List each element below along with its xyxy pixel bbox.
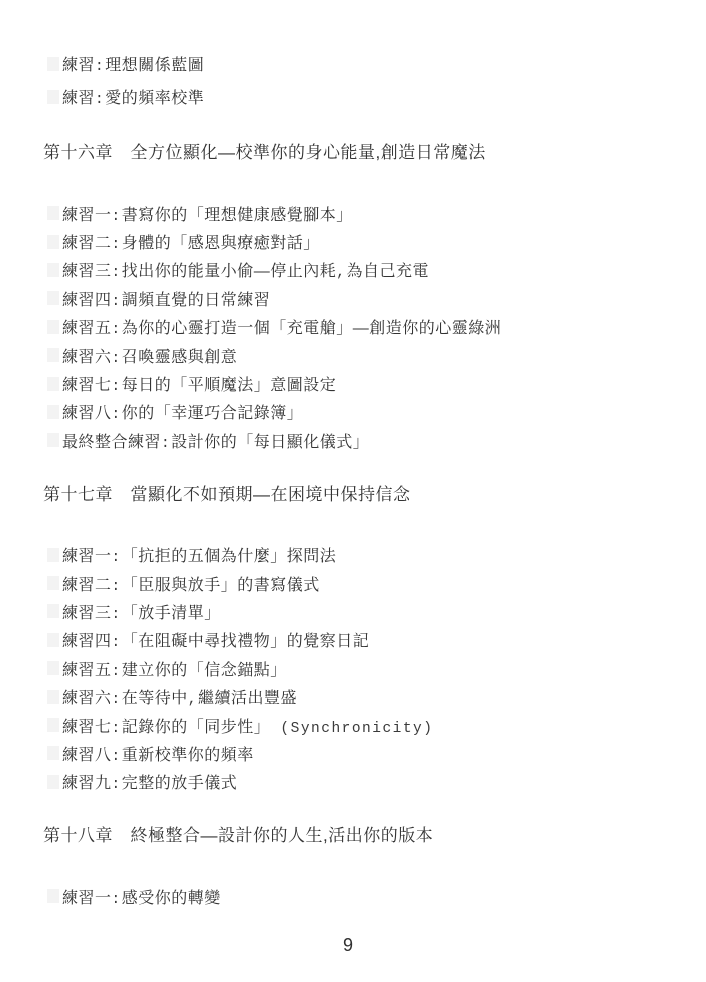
- chapter-heading: 第十七章 當顯化不如預期—在困境中保持信念: [43, 485, 706, 505]
- latin-annotation: :: [112, 777, 122, 793]
- toc-exercise-item: 練習五:建立你的「信念錨點」: [47, 654, 706, 682]
- page-number: 9: [0, 935, 696, 956]
- scan-artifact-mark: [47, 690, 59, 704]
- chapter-heading: 第十八章 終極整合—設計你的人生,活出你的版本: [43, 826, 706, 846]
- scan-artifact-mark: [47, 889, 59, 903]
- latin-annotation: :: [112, 407, 122, 423]
- scan-artifact-mark: [47, 263, 59, 277]
- toc-section: 練習:理想關係藍圖 練習:愛的頻率校準: [0, 47, 706, 113]
- scan-artifact-mark: [47, 604, 59, 618]
- exercise-label: 練習四:「在阻礙中尋找禮物」的覺察日記: [62, 628, 369, 651]
- latin-annotation: :: [112, 749, 122, 765]
- scan-artifact-mark: [47, 548, 59, 562]
- toc-exercise-item: 練習七:記錄你的「同步性」 (Synchronicity): [47, 711, 706, 739]
- toc-exercise-item: 練習四:調頻直覺的日常練習: [47, 284, 706, 312]
- toc-content: 練習:理想關係藍圖 練習:愛的頻率校準 第十六章 全方位顯化—校準你的身心能量,…: [0, 47, 706, 910]
- exercise-label: 練習三:找出你的能量小偷—停止內耗,為自己充電: [62, 258, 429, 281]
- exercise-label: 練習五:建立你的「信念錨點」: [62, 657, 287, 680]
- scan-artifact-mark: [47, 405, 59, 419]
- exercise-list: 練習一:書寫你的「理想健康感覺腳本」 練習二:身體的「感恩與療癒對話」 練習三:…: [0, 199, 706, 455]
- toc-section: 第十七章 當顯化不如預期—在困境中保持信念 練習一:「抗拒的五個為什麼」探問法 …: [0, 485, 706, 797]
- toc-exercise-item: 練習九:完整的放手儀式: [47, 768, 706, 796]
- latin-annotation: :: [112, 209, 122, 225]
- latin-annotation: :: [112, 892, 122, 908]
- exercise-label: 練習八:你的「幸運巧合記錄簿」: [62, 400, 303, 423]
- latin-annotation: :: [112, 294, 122, 310]
- scan-artifact-mark: [47, 576, 59, 590]
- scan-artifact-mark: [47, 775, 59, 789]
- latin-annotation: ,: [188, 692, 198, 708]
- toc-exercise-item: 練習一:感受你的轉變: [47, 882, 706, 910]
- exercise-label: 練習六:召喚靈感與創意: [62, 344, 237, 367]
- latin-annotation: :: [112, 607, 122, 623]
- exercise-label: 練習八:重新校準你的頻率: [62, 742, 254, 765]
- latin-annotation: :: [95, 92, 105, 108]
- toc-exercise-item: 練習四:「在阻礙中尋找禮物」的覺察日記: [47, 626, 706, 654]
- toc-exercise-item: 練習七:每日的「平順魔法」意圖設定: [47, 369, 706, 397]
- toc-exercise-item: 練習一:書寫你的「理想健康感覺腳本」: [47, 199, 706, 227]
- exercise-label: 練習:愛的頻率校準: [62, 85, 204, 108]
- scan-artifact-mark: [47, 633, 59, 647]
- toc-section: 第十六章 全方位顯化—校準你的身心能量,創造日常魔法 練習一:書寫你的「理想健康…: [0, 143, 706, 455]
- scan-artifact-mark: [47, 320, 59, 334]
- scan-artifact-mark: [47, 746, 59, 760]
- scan-artifact-mark: [47, 348, 59, 362]
- exercise-list: 練習:理想關係藍圖 練習:愛的頻率校準: [0, 47, 706, 113]
- toc-exercise-item: 練習六:召喚靈感與創意: [47, 341, 706, 369]
- scan-artifact-mark: [47, 206, 59, 220]
- scan-artifact-mark: [47, 57, 59, 71]
- latin-annotation: :: [112, 379, 122, 395]
- scan-artifact-mark: [47, 90, 59, 104]
- toc-exercise-item: 練習一:「抗拒的五個為什麼」探問法: [47, 541, 706, 569]
- exercise-label: 練習四:調頻直覺的日常練習: [62, 287, 270, 310]
- latin-annotation: ,: [336, 265, 346, 281]
- exercise-label: 練習一:感受你的轉變: [62, 885, 221, 908]
- latin-annotation: :: [95, 59, 105, 75]
- latin-annotation: :: [112, 550, 122, 566]
- toc-exercise-item: 練習:理想關係藍圖: [47, 47, 706, 80]
- toc-exercise-item: 練習八:重新校準你的頻率: [47, 739, 706, 767]
- toc-exercise-item: 練習五:為你的心靈打造一個「充電艙」—創造你的心靈綠洲: [47, 313, 706, 341]
- scan-artifact-mark: [47, 661, 59, 675]
- exercise-label: 練習三:「放手清單」: [62, 600, 221, 623]
- toc-section: 第十八章 終極整合—設計你的人生,活出你的版本 練習一:感受你的轉變: [0, 826, 706, 910]
- latin-annotation: :: [161, 436, 171, 452]
- latin-annotation: :: [112, 237, 122, 253]
- chapter-heading: 第十六章 全方位顯化—校準你的身心能量,創造日常魔法: [43, 143, 706, 163]
- exercise-label: 練習:理想關係藍圖: [62, 52, 204, 75]
- exercise-label: 練習一:書寫你的「理想健康感覺腳本」: [62, 202, 353, 225]
- latin-annotation: :: [112, 579, 122, 595]
- exercise-label: 練習二:身體的「感恩與療癒對話」: [62, 230, 320, 253]
- toc-exercise-item: 練習八:你的「幸運巧合記錄簿」: [47, 398, 706, 426]
- toc-exercise-item: 練習三:「放手清單」: [47, 597, 706, 625]
- latin-annotation: :: [112, 635, 122, 651]
- latin-annotation: :: [112, 265, 122, 281]
- scan-artifact-mark: [47, 718, 59, 732]
- document-page: 練習:理想關係藍圖 練習:愛的頻率校準 第十六章 全方位顯化—校準你的身心能量,…: [0, 0, 706, 982]
- exercise-label: 練習五:為你的心靈打造一個「充電艙」—創造你的心靈綠洲: [62, 315, 501, 338]
- toc-exercise-item: 練習:愛的頻率校準: [47, 80, 706, 113]
- latin-annotation: :: [112, 692, 122, 708]
- latin-annotation: :: [112, 322, 122, 338]
- toc-exercise-item: 最終整合練習:設計你的「每日顯化儀式」: [47, 426, 706, 454]
- latin-annotation: :: [112, 664, 122, 680]
- exercise-label: 練習二:「臣服與放手」的書寫儀式: [62, 572, 320, 595]
- scan-artifact-mark: [47, 291, 59, 305]
- exercise-list: 練習一:感受你的轉變: [0, 882, 706, 910]
- exercise-label: 練習七:每日的「平順魔法」意圖設定: [62, 372, 336, 395]
- exercise-label: 練習七:記錄你的「同步性」 (Synchronicity): [62, 714, 433, 737]
- scan-artifact-mark: [47, 235, 59, 249]
- scan-artifact-mark: [47, 433, 59, 447]
- toc-exercise-item: 練習三:找出你的能量小偷—停止內耗,為自己充電: [47, 256, 706, 284]
- exercise-label: 練習一:「抗拒的五個為什麼」探問法: [62, 543, 336, 566]
- exercise-label: 練習九:完整的放手儀式: [62, 770, 237, 793]
- exercise-list: 練習一:「抗拒的五個為什麼」探問法 練習二:「臣服與放手」的書寫儀式 練習三:「…: [0, 541, 706, 797]
- exercise-label: 練習六:在等待中,繼續活出豐盛: [62, 685, 297, 708]
- toc-exercise-item: 練習六:在等待中,繼續活出豐盛: [47, 682, 706, 710]
- scan-artifact-mark: [47, 377, 59, 391]
- latin-annotation: :: [112, 351, 122, 367]
- latin-annotation: :: [112, 721, 122, 737]
- toc-exercise-item: 練習二:身體的「感恩與療癒對話」: [47, 227, 706, 255]
- exercise-label: 最終整合練習:設計你的「每日顯化儀式」: [62, 429, 369, 452]
- latin-annotation: (Synchronicity): [270, 721, 433, 737]
- toc-exercise-item: 練習二:「臣服與放手」的書寫儀式: [47, 569, 706, 597]
